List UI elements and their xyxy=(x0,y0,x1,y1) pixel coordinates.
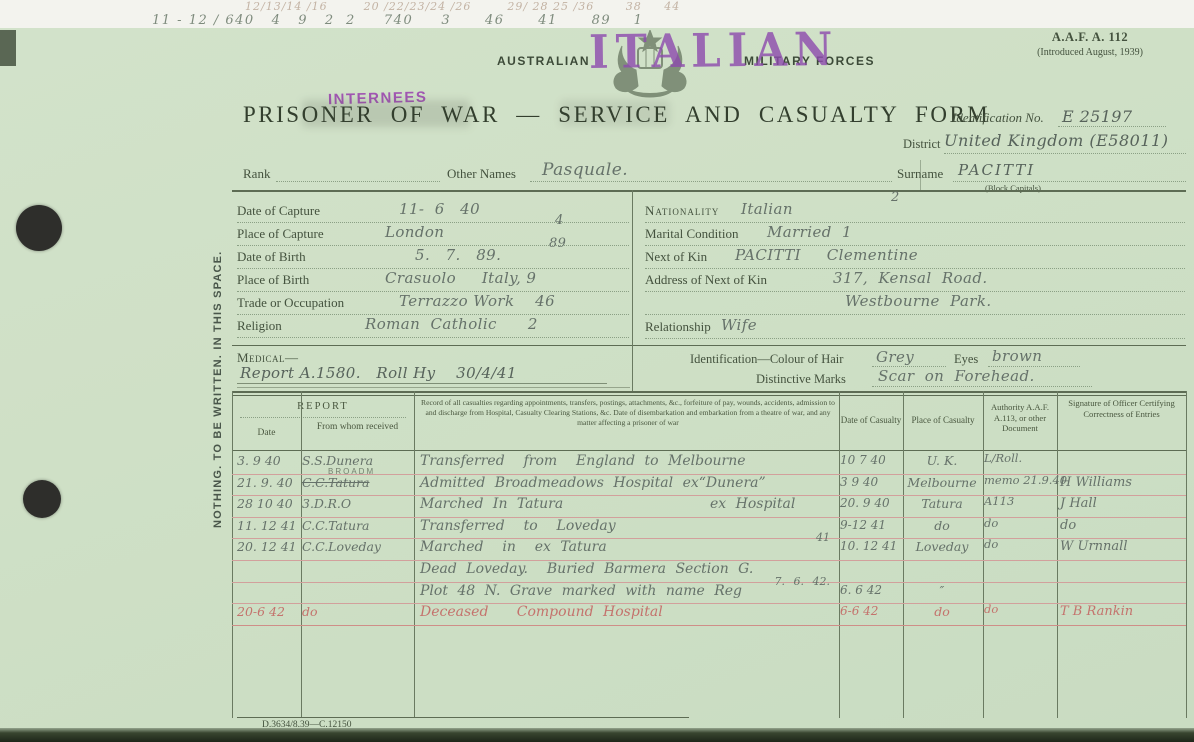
cell-record: Deceased Compound Hospital xyxy=(420,604,836,620)
cell-date-of-casualty: 9-12 41 xyxy=(840,518,900,532)
cell-place: U. K. xyxy=(905,453,979,468)
cell-authority: do xyxy=(984,539,1056,549)
table-row: Dead Loveday. Buried Barmera Section G. xyxy=(232,560,1186,583)
cell-date: 11. 12 41 xyxy=(237,518,297,533)
cell-date-of-casualty: 3 9 40 xyxy=(840,475,900,489)
cell-record: Marched in ex Tatura41 xyxy=(420,539,836,555)
cell-signature: J Hall xyxy=(1060,496,1184,511)
cell-from: 3.D.R.O xyxy=(302,496,414,511)
cell-date: 20-6 42 xyxy=(237,604,297,619)
cell-from: C.C.TaturaBROADM xyxy=(302,475,414,490)
cell-place: Tatura xyxy=(905,496,979,511)
cell-authority: do xyxy=(984,518,1056,528)
cell-date-of-casualty: 20. 9 40 xyxy=(840,496,900,510)
cell-record: Marched In Taturaex Hospital xyxy=(420,496,836,512)
cell-record-note: 41 xyxy=(816,531,830,544)
table-row: 20. 12 41C.C.LovedayMarched in ex Tatura… xyxy=(232,538,1186,561)
cell-from-note: BROADM xyxy=(328,467,375,476)
cell-date-of-casualty: 6-6 42 xyxy=(840,604,900,618)
cell-signature: W Urnnall xyxy=(1060,539,1184,554)
cell-date: 21. 9. 40 xyxy=(237,475,297,490)
cell-place: ″ xyxy=(905,583,979,598)
table-row: 11. 12 41C.C.TaturaTransferred to Loveda… xyxy=(232,517,1186,540)
cell-date-of-casualty: 10. 12 41 xyxy=(840,539,900,553)
scanned-pow-form: 12/13/14 /16 20 /22/23/24 /26 29/ 28 25 … xyxy=(0,0,1194,742)
margin-note: NOTHING. TO BE WRITTEN. IN THIS SPACE. xyxy=(212,192,226,528)
cell-record: Transferred to Loveday xyxy=(420,518,836,534)
cell-signature: T B Rankin xyxy=(1060,604,1184,619)
table-row: 21. 9. 40C.C.TaturaBROADMAdmitted Broadm… xyxy=(232,474,1186,497)
cell-record: Transferred from England to Melbourne xyxy=(420,453,836,469)
cell-record-right: ex Hospital xyxy=(710,496,795,512)
cell-signature: do xyxy=(1060,518,1184,533)
cell-from: C.C.Tatura xyxy=(302,518,414,533)
cell-date: 20. 12 41 xyxy=(237,539,297,554)
cell-date: 28 10 40 xyxy=(237,496,297,511)
cell-from: do xyxy=(302,604,414,619)
cell-place: do xyxy=(905,518,979,533)
cell-place: Melbourne xyxy=(905,475,979,490)
cell-date-of-casualty: 6. 6 42 xyxy=(840,583,900,597)
cell-authority: A113 xyxy=(984,496,1056,506)
cell-record: Admitted Broadmeadows Hospital ex“Dunera… xyxy=(420,475,836,491)
cell-from: C.C.Loveday xyxy=(302,539,414,554)
table-row: 20-6 42doDeceased Compound Hospital6-6 4… xyxy=(232,603,1186,626)
table-body: 3. 9 40S.S.DuneraTransferred from Englan… xyxy=(0,0,1194,742)
table-row: Plot 48 N. Grave marked with name Reg7. … xyxy=(232,582,1186,605)
cell-signature: H Williams xyxy=(1060,475,1184,490)
cell-date-of-casualty: 10 7 40 xyxy=(840,453,900,467)
cell-place: do xyxy=(905,604,979,619)
cell-record: Plot 48 N. Grave marked with name Reg7. … xyxy=(420,583,836,599)
cell-authority: do xyxy=(984,604,1056,614)
cell-place: Loveday xyxy=(905,539,979,554)
cell-authority: memo 21.9.40 xyxy=(984,475,1056,485)
scan-bottom-band xyxy=(0,728,1194,742)
cell-record-note: 7. 6. 42. xyxy=(775,575,830,588)
cell-date: 3. 9 40 xyxy=(237,453,297,468)
cell-authority: L/Roll. xyxy=(984,453,1056,463)
table-row: 28 10 403.D.R.OMarched In Taturaex Hospi… xyxy=(232,495,1186,518)
